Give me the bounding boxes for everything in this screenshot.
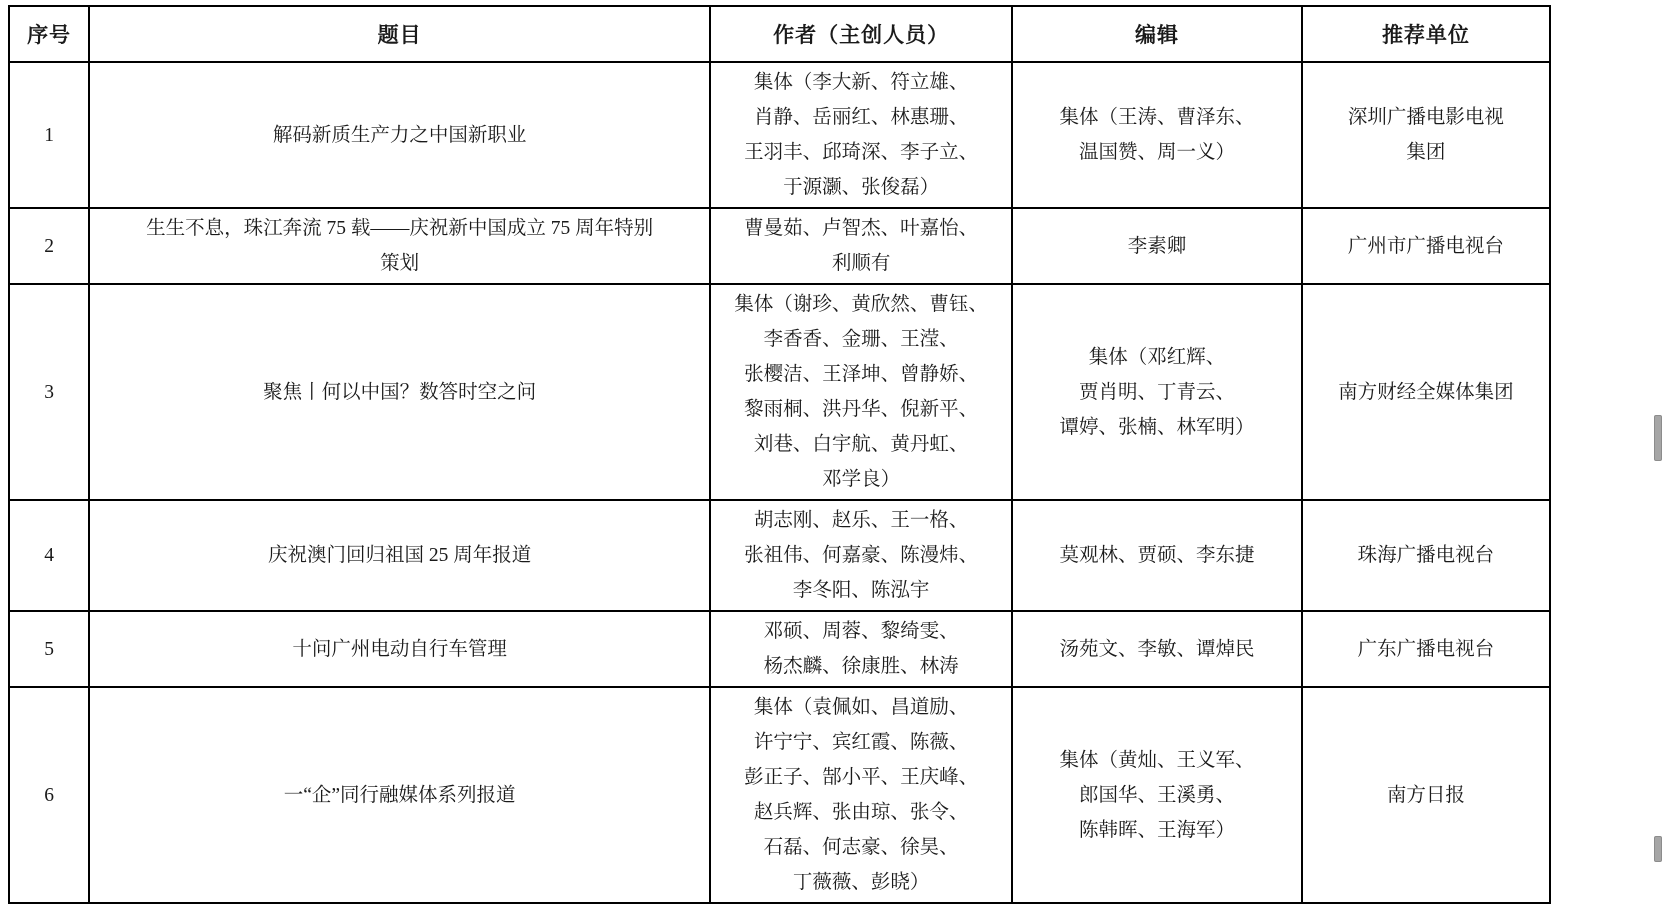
table-row: 1解码新质生产力之中国新职业集体（李大新、符立雄、 肖静、岳丽红、林惠珊、 王羽… bbox=[9, 62, 1550, 208]
cell-authors: 邓硕、周蓉、黎绮雯、 杨杰麟、徐康胜、林涛 bbox=[710, 611, 1012, 687]
cell-index: 1 bbox=[9, 62, 89, 208]
cell-unit: 深圳广播电影电视 集团 bbox=[1302, 62, 1550, 208]
cell-editor: 集体（王涛、曹泽东、 温国赞、周一义） bbox=[1012, 62, 1302, 208]
cell-unit: 珠海广播电视台 bbox=[1302, 500, 1550, 611]
cell-editor: 集体（黄灿、王义军、 郎国华、王溪勇、 陈韩晖、王海军） bbox=[1012, 687, 1302, 903]
column-header-index: 序号 bbox=[9, 6, 89, 62]
column-header-editor: 编辑 bbox=[1012, 6, 1302, 62]
column-header-authors: 作者（主创人员） bbox=[710, 6, 1012, 62]
scrollbar-thumb[interactable] bbox=[1654, 415, 1662, 461]
cell-editor: 李素卿 bbox=[1012, 208, 1302, 284]
table-body: 1解码新质生产力之中国新职业集体（李大新、符立雄、 肖静、岳丽红、林惠珊、 王羽… bbox=[9, 62, 1550, 903]
header-row: 序号题目作者（主创人员）编辑推荐单位 bbox=[9, 6, 1550, 62]
column-header-unit: 推荐单位 bbox=[1302, 6, 1550, 62]
table-row: 3聚焦丨何以中国？数答时空之问集体（谢珍、黄欣然、曹钰、 李香香、金珊、王滢、 … bbox=[9, 284, 1550, 500]
cell-index: 5 bbox=[9, 611, 89, 687]
awards-table: 序号题目作者（主创人员）编辑推荐单位 1解码新质生产力之中国新职业集体（李大新、… bbox=[8, 5, 1551, 904]
cell-index: 3 bbox=[9, 284, 89, 500]
cell-title: 一“企”同行融媒体系列报道 bbox=[89, 687, 710, 903]
cell-title: 十问广州电动自行车管理 bbox=[89, 611, 710, 687]
cell-unit: 广州市广播电视台 bbox=[1302, 208, 1550, 284]
table-row: 2生生不息，珠江奔流 75 载——庆祝新中国成立 75 周年特别 策划曹曼茹、卢… bbox=[9, 208, 1550, 284]
table-row: 6一“企”同行融媒体系列报道集体（袁佩如、昌道励、 许宁宁、宾红霞、陈薇、 彭正… bbox=[9, 687, 1550, 903]
cell-title: 生生不息，珠江奔流 75 载——庆祝新中国成立 75 周年特别 策划 bbox=[89, 208, 710, 284]
table-row: 5十问广州电动自行车管理邓硕、周蓉、黎绮雯、 杨杰麟、徐康胜、林涛汤苑文、李敏、… bbox=[9, 611, 1550, 687]
cell-authors: 集体（袁佩如、昌道励、 许宁宁、宾红霞、陈薇、 彭正子、郜小平、王庆峰、 赵兵辉… bbox=[710, 687, 1012, 903]
cell-unit: 南方财经全媒体集团 bbox=[1302, 284, 1550, 500]
cell-authors: 集体（谢珍、黄欣然、曹钰、 李香香、金珊、王滢、 张樱洁、王泽坤、曾静娇、 黎雨… bbox=[710, 284, 1012, 500]
cell-title: 庆祝澳门回归祖国 25 周年报道 bbox=[89, 500, 710, 611]
column-header-title: 题目 bbox=[89, 6, 710, 62]
cell-title: 聚焦丨何以中国？数答时空之问 bbox=[89, 284, 710, 500]
scrollbar-track[interactable] bbox=[1654, 0, 1663, 915]
cell-index: 4 bbox=[9, 500, 89, 611]
cell-index: 6 bbox=[9, 687, 89, 903]
cell-unit: 广东广播电视台 bbox=[1302, 611, 1550, 687]
cell-unit: 南方日报 bbox=[1302, 687, 1550, 903]
cell-authors: 曹曼茹、卢智杰、叶嘉怡、 利顺有 bbox=[710, 208, 1012, 284]
cell-authors: 集体（李大新、符立雄、 肖静、岳丽红、林惠珊、 王羽丰、邱琦深、李子立、 于源灏… bbox=[710, 62, 1012, 208]
cell-editor: 汤苑文、李敏、谭焯民 bbox=[1012, 611, 1302, 687]
cell-authors: 胡志刚、赵乐、王一格、 张祖伟、何嘉豪、陈漫炜、 李冬阳、陈泓宇 bbox=[710, 500, 1012, 611]
scrollbar-thumb-lower[interactable] bbox=[1654, 836, 1662, 862]
cell-editor: 莫观林、贾硕、李东捷 bbox=[1012, 500, 1302, 611]
document-page: 序号题目作者（主创人员）编辑推荐单位 1解码新质生产力之中国新职业集体（李大新、… bbox=[0, 0, 1663, 915]
cell-index: 2 bbox=[9, 208, 89, 284]
cell-editor: 集体（邓红辉、 贾肖明、丁青云、 谭婷、张楠、林军明） bbox=[1012, 284, 1302, 500]
table-row: 4庆祝澳门回归祖国 25 周年报道胡志刚、赵乐、王一格、 张祖伟、何嘉豪、陈漫炜… bbox=[9, 500, 1550, 611]
cell-title: 解码新质生产力之中国新职业 bbox=[89, 62, 710, 208]
